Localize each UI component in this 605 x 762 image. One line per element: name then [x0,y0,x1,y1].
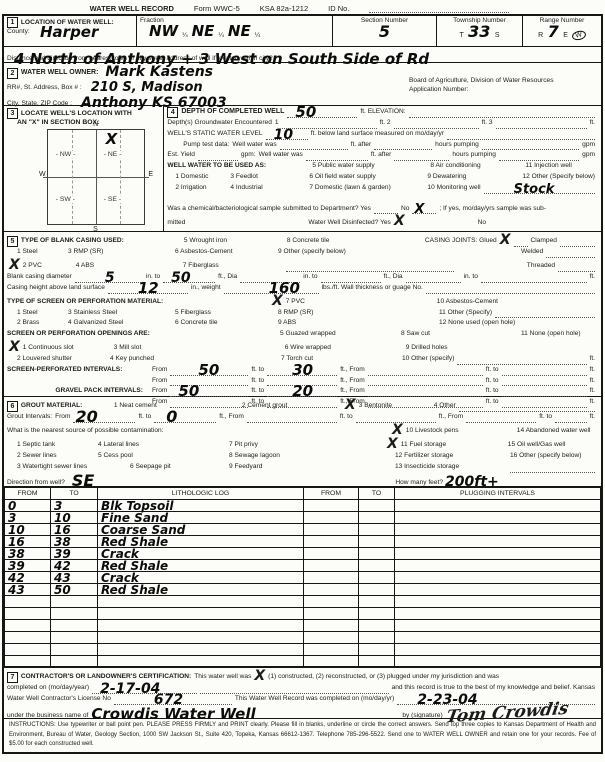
cert-constructed-x: X [254,669,265,683]
use-option-7: 7 Domestic (lawn & garden) [309,183,424,194]
log-desc: Blk Topsoil [98,500,304,512]
dia3-blank [406,275,461,283]
dia2-ftdia: ft., Dia [384,272,403,283]
joints-threaded: Threaded [527,261,555,272]
section4-depth: 4 DEPTH OF COMPLETED WELL 50 ft. ELEVATI… [164,106,601,231]
spi-from-value: 50 [198,363,219,378]
contam-fuel-x: X [387,437,398,451]
guage-blank [426,286,595,294]
grout-bentonite-x: X [345,398,356,412]
range-label: Range Number [526,17,598,24]
yield-blank2 [394,153,449,161]
gi-to-value: 0 [166,409,177,425]
section6-number: 6 [7,401,18,412]
diameter-ftdia: ft., Dia [218,272,237,283]
gw-blank1 [282,121,377,129]
spi2-ftto: ft. to [251,376,264,387]
section7-certification: 7 CONTRACTOR'S OR LANDOWNER'S CERTIFICAT… [4,667,601,719]
business-value: Crowdis Water Well [91,707,255,722]
joints-threaded-blank [558,264,595,272]
gi-to3-blank [555,415,586,423]
spi2-to2-blank [502,378,587,386]
range-cell: Range Number R 7 E W [523,16,601,46]
weight-suffix: lbs./ft. Wall thickness or guage No. [322,283,423,294]
pump-blank1 [280,142,348,150]
quarter-3: ¼ [255,32,261,39]
grid-dashed-line-right [120,130,121,224]
screen-other-blank [495,310,595,318]
use-option-10: 10 Monitoring well [427,183,480,194]
contam-option-15: 15 Oil well/Gas well [508,440,566,451]
joints-glued-x: X [500,233,511,247]
gpi-from-blank: 50 [170,389,248,397]
screen-option-5: 5 Fiberglass [175,308,275,319]
township-value: 33 [468,22,490,41]
pump-after: ft. after [351,140,372,151]
log-from: 10 [5,524,51,536]
spi2-ftto2: ft. to [486,376,499,387]
cert-mid-blank [200,686,388,694]
openings-option-9: 9 Drilled holes [406,343,448,354]
col-to-right: TO [359,488,395,500]
log-desc: Crack [98,548,304,560]
spi2-from2-blank [368,378,483,386]
yield-hours: hours pumping [452,150,496,161]
owner-label: WATER WELL OWNER: [21,68,99,79]
joints-glued-blank [514,239,528,247]
section1-number: 1 [7,17,18,28]
dia3-into: in. to [464,272,478,283]
contam-option-3: 3 Watertight sewer lines [7,462,127,473]
section1-location: 1LOCATION OF WATER WELL: County: Harper … [4,16,601,47]
casing-option-2: 2 PVC [23,261,73,272]
groundwater-label: Depth(s) Groundwater Encountered [167,118,271,129]
table-row: 3942Red Shale [5,560,601,572]
static-level-label: WELL'S STATIC WATER LEVEL [167,129,262,140]
screen-option-8: 8 RMP (SR) [278,308,436,319]
gw-2: ft. 2 [380,118,391,129]
grout-option-2: 2 Cement grout [242,401,342,412]
openings-option-11: 11 None (open hole) [521,329,581,340]
well-location-x-mark: X [106,132,118,147]
screen-option-6: 6 Concrete tile [175,318,275,329]
openings-option-10: 10 Other (specify) [402,354,454,365]
quarter-1: ¼ [182,32,188,39]
table-row-empty [5,620,601,632]
spi-to2-blank [502,368,587,376]
elevation-label: ft. ELEVATION: [360,107,405,118]
gw-3: ft. 3 [482,118,493,129]
use-option-11: 11 Injection well [525,161,571,172]
log-to: 43 [51,572,98,584]
casing-title: TYPE OF BLANK CASING USED: [21,236,181,247]
sample-no-blank: X [412,206,436,214]
openings-option-5: 5 Guazed wrapped [280,329,398,340]
spi2-from: From [152,376,167,387]
range-w-circled: W [572,30,587,42]
fraction-2: NE [192,24,215,39]
screen-option-9: 9 ABS [278,318,436,329]
signature-label: by (signature) [402,711,442,722]
table-row-empty [5,632,601,644]
sample-suffix2: mitted [167,218,185,229]
yield-blank1 [306,153,368,161]
section2-owner: 2 WATER WELL OWNER: Mark Kastens RR#, St… [4,63,601,106]
contam-option-14: 14 Abandoned water well [517,426,591,437]
openings-other-blank [457,357,586,365]
yield-gpm2: gpm [582,150,595,161]
log-from: 38 [5,548,51,560]
table-row-empty [5,656,601,668]
disinfected-label: Water Well Disinfected? Yes [308,218,390,229]
county-cell: 1LOCATION OF WATER WELL: County: Harper [4,16,137,46]
yield-gpm: gpm: [241,150,256,161]
use-option-6: 6 Oil field water supply [309,172,424,183]
license-label: Water Well Contractor's License No [7,694,111,705]
log-from: 3 [5,512,51,524]
lithologic-table: FROM TO LITHOLOGIC LOG FROM TO PLUGGING … [4,487,601,668]
township-s: S [495,32,500,39]
county-value: Harper [40,25,98,40]
gpi-ftfrom: ft., From [340,386,365,397]
contam-option-10: 10 Livestock pens [406,426,514,437]
form-title: WATER WELL RECORD [90,4,174,13]
use-option-1: 1 Domestic [167,172,227,183]
screen-option-12: 12 None used (open hole) [439,318,515,329]
use-title: WELL WATER TO BE USED AS: [167,161,309,172]
col-plugging-intervals: PLUGGING INTERVALS [395,488,601,500]
compass-north: N [93,121,98,128]
gi-ftfrom: ft., From [219,412,244,423]
gi-from: From [55,412,70,423]
address-value: 210 S, Madison [91,81,203,94]
section6-grout: 6 GROUT MATERIAL: 1 Neat cement 2 Cement… [4,397,601,487]
height-value: 12 [138,281,159,296]
form-header: WATER WELL RECORD Form WWC-5 KSA 82a-121… [0,1,599,13]
use-option-8: 8 Air conditioning [430,161,522,172]
spi-from: From [152,365,167,376]
screen-option-10: 10 Asbestos-Cement [437,297,498,308]
use-other-value: Stock [514,183,555,196]
contam-option-16: 16 Other (specify below) [510,451,581,462]
casing-option-5: 5 Wrought iron [184,236,284,247]
gpi-ftto: ft. to [251,386,264,397]
screen-option-7: 7 PVC [286,297,434,308]
board-line2: Application Number: [409,85,597,94]
spi-from2-blank [368,368,483,376]
static-level-suffix: ft. below land surface measured on mo/da… [311,129,444,140]
log-to: 50 [51,584,98,596]
col-from-right: FROM [304,488,359,500]
diameter-value: 5 [105,271,115,285]
height-blank: 12 [108,286,188,294]
log-to: 39 [51,548,98,560]
grout-option-3: 3 Bentonite [359,401,431,412]
joints-welded: Welded [521,247,543,258]
section-box-grid: N S W E - NW - - NE - - SW - - SE - X [47,129,145,225]
grid-horizontal-line [43,177,149,178]
distance-row: Distance and direction from nearest town… [4,47,601,63]
screen-option-2: 2 Brass [7,318,65,329]
grid-dashed-line-left [72,130,73,224]
log-desc: Red Shale [98,536,304,548]
gpi-from: From [152,386,167,397]
use-option-3: 3 Feedlot [230,172,306,183]
openings-title: SCREEN OR PERFORATION OPENINGS ARE: [7,329,277,340]
use-other-blank: Stock [484,186,595,194]
license-blank: 672 [114,697,232,705]
height-label: Casing height above land surface [7,283,105,294]
depth-blank: 50 [287,110,357,118]
log-to: 3 [51,500,98,512]
diameter-ft-value: 50 [171,271,190,285]
gpi-to-blank: 20 [267,389,337,397]
spi2-ft-end: ft. [590,376,596,387]
contam-option-6: 6 Seepage pit [130,462,226,473]
board-line1: Board of Agriculture, Division of Water … [409,76,597,85]
spi-label: SCREEN-PERFORATED INTERVALS: [7,365,149,376]
dia2-ft-blank [321,275,381,283]
screen-option-3: 3 Stainless Steel [68,308,172,319]
section-number-value: 5 [379,22,390,41]
log-from: 43 [5,584,51,596]
quadrant-ne: - NE - [103,151,123,158]
fraction-3: NE [228,24,251,39]
casing-pvc-x: X [9,258,20,272]
gw-blank2 [394,121,479,129]
openings-option-8: 8 Saw cut [401,329,518,340]
section5-casing: 5 TYPE OF BLANK CASING USED: 5 Wrought i… [4,232,601,397]
gi-from-value: 20 [75,409,97,425]
contam-option-11: 11 Fuel storage [401,440,505,451]
table-row: 310Fine Sand [5,512,601,524]
casing-option-4: 4 ABS [76,261,180,272]
contam-option-5: 5 Cess pool [98,451,226,462]
instructions-text: INSTRUCTIONS: Use typewriter or ball poi… [4,719,601,752]
table-row: 1016Coarse Sand [5,524,601,536]
diameter-ft-blank: 50 [163,275,215,283]
quadrant-nw: - NW - [55,151,77,158]
gpi-ftto2: ft. to [486,386,499,397]
casing-option-7: 7 Fiberglass [183,261,283,272]
gi-ftfrom2: ft., From [439,412,464,423]
log-desc: Crack [98,572,304,584]
gi-from3-blank [466,415,536,423]
township-cell: Township Number T 33 S [437,16,523,46]
contam-other-blank [510,465,595,473]
log-from: 0 [5,500,51,512]
section7-number: 7 [7,672,18,683]
static-date-blank [447,132,595,140]
contam-option-9: 9 Feedyard [229,462,392,473]
gw-blank3 [496,121,587,129]
township-t: T [459,32,463,39]
section3-title2: AN "X" IN SECTION BOX: [7,119,160,126]
log-desc: Fine Sand [98,512,304,524]
casing-option-6: 6 Asbestos-Cement [175,247,275,258]
cert-text5: This Water Well Record was completed on … [235,694,394,705]
yield-label: Est. Yield [167,150,195,161]
depth-value: 50 [295,105,316,120]
range-value: 7 [548,22,559,41]
ksa-number: KSA 82a-1212 [260,4,308,13]
compass-east: E [148,171,153,178]
contamination-question: What is the nearest source of possible c… [7,426,389,437]
col-to-left: TO [51,488,98,500]
height-inweight: in., weight [191,283,221,294]
section-number-cell: Section Number 5 [333,16,437,46]
gi-from-blank: 20 [73,415,135,423]
spi2-ftfrom: ft., From [340,376,365,387]
screen-option-1: 1 Steel [7,308,65,319]
screen-option-4: 4 Galvanized Steel [68,318,172,329]
gi-ftto: ft. to [138,412,151,423]
col-from-left: FROM [5,488,51,500]
cert-text1: This water well was [194,672,251,683]
weight-value: 160 [269,281,300,296]
pump-blank2 [374,142,432,150]
screen-title: TYPE OF SCREEN OR PERFORATION MATERIAL: [7,297,269,308]
table-row: 1638Red Shale [5,536,601,548]
fraction-1: NW [149,24,178,39]
pump-blank3 [482,142,579,150]
log-to: 38 [51,536,98,548]
static-level-blank: 10 [266,132,308,140]
diameter-label: Blank casing diameter [7,272,72,283]
dia3-ft-blank [481,275,587,283]
dia3-ft: ft. [590,272,596,283]
log-to: 10 [51,512,98,524]
table-row: 3839Crack [5,548,601,560]
id-no-blank [369,5,509,13]
form-number: Form WWC-5 [194,4,240,13]
log-from: 42 [5,572,51,584]
scanned-water-well-record: WATER WELL RECORD Form WWC-5 KSA 82a-121… [0,0,605,762]
table-row: 03Blk Topsoil [5,500,601,512]
joints-welded-blank [546,250,595,258]
contam-livestock-x: X [392,423,403,437]
lithologic-table-section: FROM TO LITHOLOGIC LOG FROM TO PLUGGING … [4,487,601,667]
contam-option-4: 4 Lateral lines [98,440,226,451]
spi-ft-end: ft. [590,365,596,376]
disinfected-yes-x: X [394,214,405,228]
range-r: R [538,32,543,39]
cert-date1-value: 2-17-04 [100,682,160,696]
casing-option-3: 3 RMP (SR) [68,247,172,258]
quadrant-se: - SE - [103,196,122,203]
table-header-row: FROM TO LITHOLOGIC LOG FROM TO PLUGGING … [5,488,601,500]
openings-continuous-x: X [9,340,20,354]
address-label: RR#, St. Address, Box # : [7,83,82,94]
gi-ftto2: ft. to [340,412,353,423]
joints-clamped-blank [560,239,595,247]
pump-test-label: Pump test data: [167,140,229,151]
openings-option-1: 1 Continuous slot [23,343,111,354]
gi-to2-blank [356,415,436,423]
contam-option-12: 12 Fertilizer storage [395,451,507,462]
grout-option-4: 4 Other [434,401,456,412]
direction-value: SE [72,473,94,489]
mid-row: 3LOCATE WELL'S LOCATION WITH AN "X" IN S… [4,106,601,232]
section3-number: 3 [7,108,18,119]
spi-ftto: ft. to [251,365,264,376]
id-no-label: ID No. [328,4,349,13]
contam-option-8: 8 Sewage lagoon [229,451,392,462]
pump-gpm: gpm [582,140,595,151]
section3-title1: LOCATE WELL'S LOCATION WITH [21,110,132,117]
range-e: E [563,32,568,39]
spi-to-blank: 30 [267,368,337,376]
contam-option-2: 2 Sewer lines [7,451,95,462]
yield-after: ft. after [371,150,392,161]
table-row-empty [5,644,601,656]
gi-ft-end: ft. [590,412,596,423]
spi-from-blank: 50 [170,368,248,376]
grout-other-blank [459,404,595,412]
openings-option-4: 4 Key punched [110,354,278,365]
gi-from2-blank [247,415,337,423]
sample-yes-blank [374,206,398,214]
use-option-2: 2 Irrigation [167,183,227,194]
openings-ft: ft. [590,354,596,365]
static-level-value: 10 [274,128,293,142]
openings-option-3: 3 Mill slot [114,343,282,354]
yield-www: Well water was [259,150,303,161]
spi-to-value: 30 [292,363,313,378]
screen-option-11: 11 Other (Specify) [439,308,492,319]
gw-ft: ft. [590,118,596,129]
gpi-ft-end: ft. [590,386,596,397]
elevation-blank [409,110,595,118]
sample-suffix: ; If yes, mo/day/yrs sample was sub- [439,204,546,215]
compass-west: W [39,171,46,178]
license-value: 672 [154,693,183,707]
dia2-into: in. to [303,272,317,283]
log-to: 42 [51,560,98,572]
log-desc: Red Shale [98,584,304,596]
business-label: under the business name of [7,711,88,722]
quadrant-sw: - SW - [55,196,76,203]
gpi-from2-blank [368,389,483,397]
sample-no-x: X [414,203,424,216]
openings-option-2: 2 Louvered shutter [7,354,107,365]
joints-clamped: Clamped [531,236,557,247]
joints-label: CASING JOINTS: Glued [425,236,497,247]
section5-number: 5 [7,236,18,247]
section2-number: 2 [7,68,18,79]
owner-value: Mark Kastens [105,65,213,79]
col-lithologic-log: LITHOLOGIC LOG [98,488,304,500]
gpi-label: GRAVEL PACK INTERVALS: [7,386,149,397]
contam-option-13: 13 Insecticide storage [395,462,507,473]
depth-label: DEPTH OF COMPLETED WELL [181,107,284,118]
use-option-5: 5 Public water supply [312,161,427,172]
disinfected-no-label: No [478,218,486,229]
spi-ftfrom: ft., From [340,365,365,376]
weight-blank: 160 [224,286,319,294]
pump-www: Well water was [232,140,276,151]
yield-blank [198,153,238,161]
sample-question: Was a chemical/bacteriological sample su… [167,204,371,215]
cert-completed-label: completed on (mo/day/year) [7,683,89,694]
log-from: 16 [5,536,51,548]
contam-option-7: 7 Pit privy [229,440,384,451]
quarter-2: ¼ [218,32,224,39]
log-desc: Coarse Sand [98,524,304,536]
log-to: 16 [51,524,98,536]
form-body: 1LOCATION OF WATER WELL: County: Harper … [2,14,603,754]
use-option-9: 9 Dewatering [427,172,519,183]
